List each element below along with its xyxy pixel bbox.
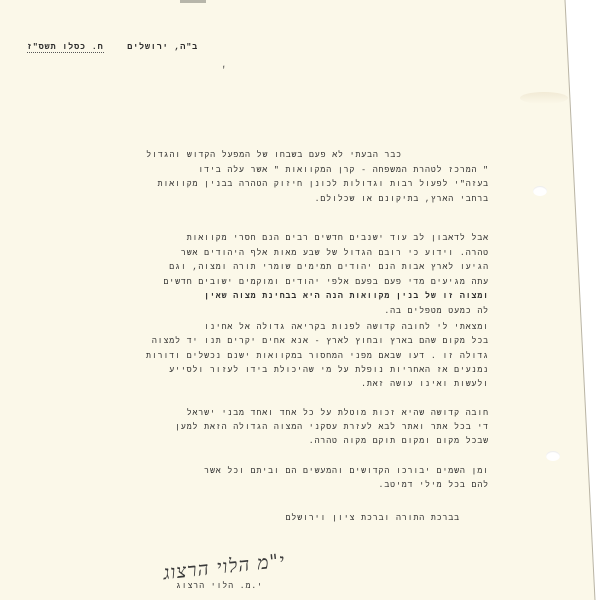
body-line: בכל מקום שהם בארץ ובחוץ לארץ - אנא אחים … — [152, 338, 489, 346]
body-line: גדולה זו . דעו שבאם מפני המחסור במקוואות… — [146, 353, 489, 361]
page-fold-mark — [520, 92, 568, 104]
body-line: בעזה"י לפעול רבות וגדולות לכונן חיזוק הט… — [158, 181, 489, 189]
body-line: ומן השמים יבורכו הקדושים והמעשים הם ובית… — [204, 468, 489, 476]
typed-signatory-name: י.מ. הלוי הרצוג — [176, 582, 263, 591]
body-line: ומצאתי לי לחובה קדושה לפנות בקריאה גדולה… — [204, 324, 489, 332]
body-line: עתה מגיעים מדי פעם בפעם אלפי יהודים ומוק… — [163, 279, 489, 287]
date-place: ב"ה, ירושלים — [127, 42, 198, 52]
body-line: אבל לדאבון לב עוד ישנבים חדשים רבים הנם … — [187, 235, 489, 243]
closing-line: בברכת התורה וברכת ציון וירושלם — [286, 515, 460, 523]
body-line: הגיעו לארץ אבות הנם יהודים תמימים שומרי … — [169, 264, 489, 272]
body-line: טהרה. וידוע כי רובם הגדול של שבע מאות אל… — [181, 250, 489, 258]
date-hebrew: ח. כסלו תשס"ז — [27, 42, 104, 53]
body-line: לה כמעט מטפלים בה. — [384, 308, 489, 316]
body-line: שבכל מקום ומקום תוקם מקוה טהרה. — [309, 438, 489, 446]
date-line: ב"ה, ירושלים ח. כסלו תשס"ז — [27, 42, 198, 52]
body-line: ומצוה זו של בנין מקוואות הנה היא בבחינת … — [204, 293, 489, 301]
body-line: ולעשות ואינו עושה זאת. — [361, 381, 489, 389]
top-edge-mark — [180, 0, 206, 3]
body-line: להם בכל מילי דמיטב. — [379, 482, 489, 490]
punch-hole-icon — [546, 451, 560, 461]
body-line: נמנעים אז האחריות נופלת על מי שהיכולת בי… — [169, 367, 489, 375]
punch-hole-icon — [533, 186, 547, 196]
body-line: חובה קדושה שהיא זכות מוטלת על כל אחד ואח… — [187, 410, 489, 418]
body-line: ברחבי הארץ, בתיקונם או שכלולם. — [315, 196, 489, 204]
body-line: כבר הבעתי לא פעם בשבחו של המפעל הקדוש וה… — [146, 152, 402, 160]
body-line: די בכל אתר ואתר לבא לעזרת עסקני המצוה הג… — [175, 424, 489, 432]
body-line: " המרכז לטהרת המשפחה - קרן המקוואות " אש… — [198, 167, 489, 175]
